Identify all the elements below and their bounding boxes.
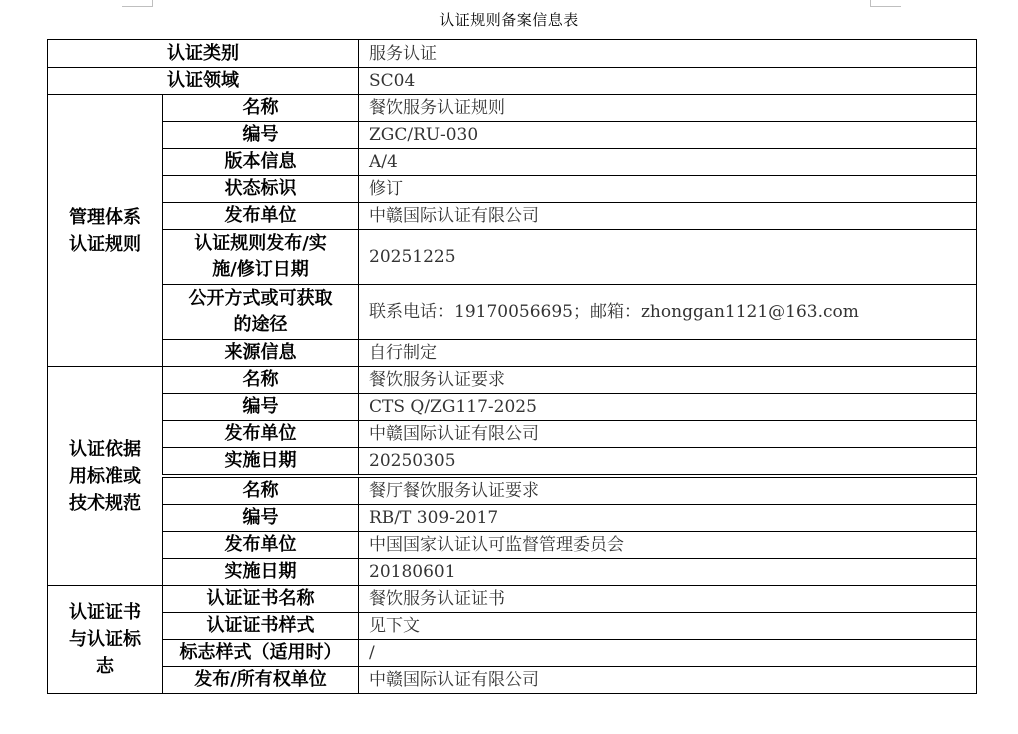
row-label: 状态标识 <box>163 176 359 203</box>
table-row: 编号 CTS Q/ZG117-2025 <box>48 394 977 421</box>
page-corner-mark-left <box>122 0 153 7</box>
row-value: 餐饮服务认证要求 <box>359 367 977 394</box>
table-row: 认证依据 用标准或 技术规范 名称 餐饮服务认证要求 <box>48 367 977 394</box>
table-row: 来源信息 自行制定 <box>48 340 977 367</box>
row-label: 名称 <box>163 476 359 505</box>
row-value: 中赣国际认证有限公司 <box>359 421 977 448</box>
table-row: 状态标识 修订 <box>48 176 977 203</box>
row-label: 编号 <box>163 505 359 532</box>
group-label-line: 技术规范 <box>48 490 162 517</box>
row-label: 发布单位 <box>163 532 359 559</box>
group-label-line: 用标准或 <box>48 463 162 490</box>
row-value: 餐饮服务认证规则 <box>359 95 977 122</box>
row-label: 公开方式或可获取 的途径 <box>163 285 359 340</box>
row-label-line: 施/修订日期 <box>163 257 358 283</box>
row-label: 编号 <box>163 394 359 421</box>
row-label: 发布单位 <box>163 203 359 230</box>
row-label: 认证证书名称 <box>163 586 359 613</box>
table-row: 版本信息 A/4 <box>48 149 977 176</box>
group-label-line: 志 <box>48 653 162 680</box>
row-label: 发布/所有权单位 <box>163 667 359 694</box>
row-label: 认证证书样式 <box>163 613 359 640</box>
table-row: 实施日期 20250305 <box>48 448 977 477</box>
table-row: 认证领域 SC04 <box>48 68 977 95</box>
group-label-line: 认证依据 <box>48 436 162 463</box>
table-row: 编号 RB/T 309-2017 <box>48 505 977 532</box>
row-label: 认证规则发布/实 施/修订日期 <box>163 230 359 285</box>
group-label-line: 认证证书 <box>48 599 162 626</box>
row-value: 修订 <box>359 176 977 203</box>
row-label: 版本信息 <box>163 149 359 176</box>
table-row: 实施日期 20180601 <box>48 559 977 586</box>
row-label-cert-field: 认证领域 <box>48 68 359 95</box>
row-value: 餐厅餐饮服务认证要求 <box>359 476 977 505</box>
row-value-cert-category: 服务认证 <box>359 40 977 68</box>
row-label-line: 的途径 <box>163 312 358 338</box>
row-label: 发布单位 <box>163 421 359 448</box>
row-label: 标志样式（适用时） <box>163 640 359 667</box>
group-label-line: 认证规则 <box>48 231 162 258</box>
row-value: 自行制定 <box>359 340 977 367</box>
group-label-line: 与认证标 <box>48 626 162 653</box>
row-value: CTS Q/ZG117-2025 <box>359 394 977 421</box>
table-row: 认证规则发布/实 施/修订日期 20251225 <box>48 230 977 285</box>
row-label: 来源信息 <box>163 340 359 367</box>
table-row: 标志样式（适用时） / <box>48 640 977 667</box>
row-value: 20251225 <box>359 230 977 285</box>
group-label-standards: 认证依据 用标准或 技术规范 <box>48 367 163 586</box>
row-value: RB/T 309-2017 <box>359 505 977 532</box>
row-value: ZGC/RU-030 <box>359 122 977 149</box>
table-row: 认证类别 服务认证 <box>48 40 977 68</box>
row-label-line: 认证规则发布/实 <box>163 231 358 257</box>
table-row: 管理体系 认证规则 名称 餐饮服务认证规则 <box>48 95 977 122</box>
row-label: 名称 <box>163 367 359 394</box>
row-label: 编号 <box>163 122 359 149</box>
table-row: 公开方式或可获取 的途径 联系电话：19170056695；邮箱：zhongga… <box>48 285 977 340</box>
table-row: 发布/所有权单位 中赣国际认证有限公司 <box>48 667 977 694</box>
row-value-cert-field: SC04 <box>359 68 977 95</box>
row-label: 实施日期 <box>163 448 359 477</box>
row-value: 中赣国际认证有限公司 <box>359 203 977 230</box>
row-value: 20180601 <box>359 559 977 586</box>
group-label-mgmt-rules: 管理体系 认证规则 <box>48 95 163 367</box>
row-value: 中赣国际认证有限公司 <box>359 667 977 694</box>
document-title: 认证规则备案信息表 <box>0 9 1018 30</box>
table-row: 发布单位 中国国家认证认可监督管理委员会 <box>48 532 977 559</box>
table-row: 发布单位 中赣国际认证有限公司 <box>48 421 977 448</box>
row-value: 20250305 <box>359 448 977 477</box>
page-corner-mark-right <box>870 0 901 7</box>
row-value: 中国国家认证认可监督管理委员会 <box>359 532 977 559</box>
table-row: 名称 餐厅餐饮服务认证要求 <box>48 476 977 505</box>
filing-info-table: 认证类别 服务认证 认证领域 SC04 管理体系 认证规则 名称 餐饮服务认证规… <box>47 39 977 694</box>
table-row: 编号 ZGC/RU-030 <box>48 122 977 149</box>
row-value-contact: 联系电话：19170056695；邮箱：zhonggan1121@163.com <box>359 285 977 340</box>
row-value: A/4 <box>359 149 977 176</box>
row-value: 餐饮服务认证证书 <box>359 586 977 613</box>
group-label-line: 管理体系 <box>48 204 162 231</box>
table-row: 认证证书样式 见下文 <box>48 613 977 640</box>
row-label-line: 公开方式或可获取 <box>163 286 358 312</box>
row-label: 名称 <box>163 95 359 122</box>
row-value: / <box>359 640 977 667</box>
row-value: 见下文 <box>359 613 977 640</box>
row-label-cert-category: 认证类别 <box>48 40 359 68</box>
group-label-certificate-mark: 认证证书 与认证标 志 <box>48 586 163 694</box>
table-row: 发布单位 中赣国际认证有限公司 <box>48 203 977 230</box>
table-row: 认证证书 与认证标 志 认证证书名称 餐饮服务认证证书 <box>48 586 977 613</box>
row-label: 实施日期 <box>163 559 359 586</box>
